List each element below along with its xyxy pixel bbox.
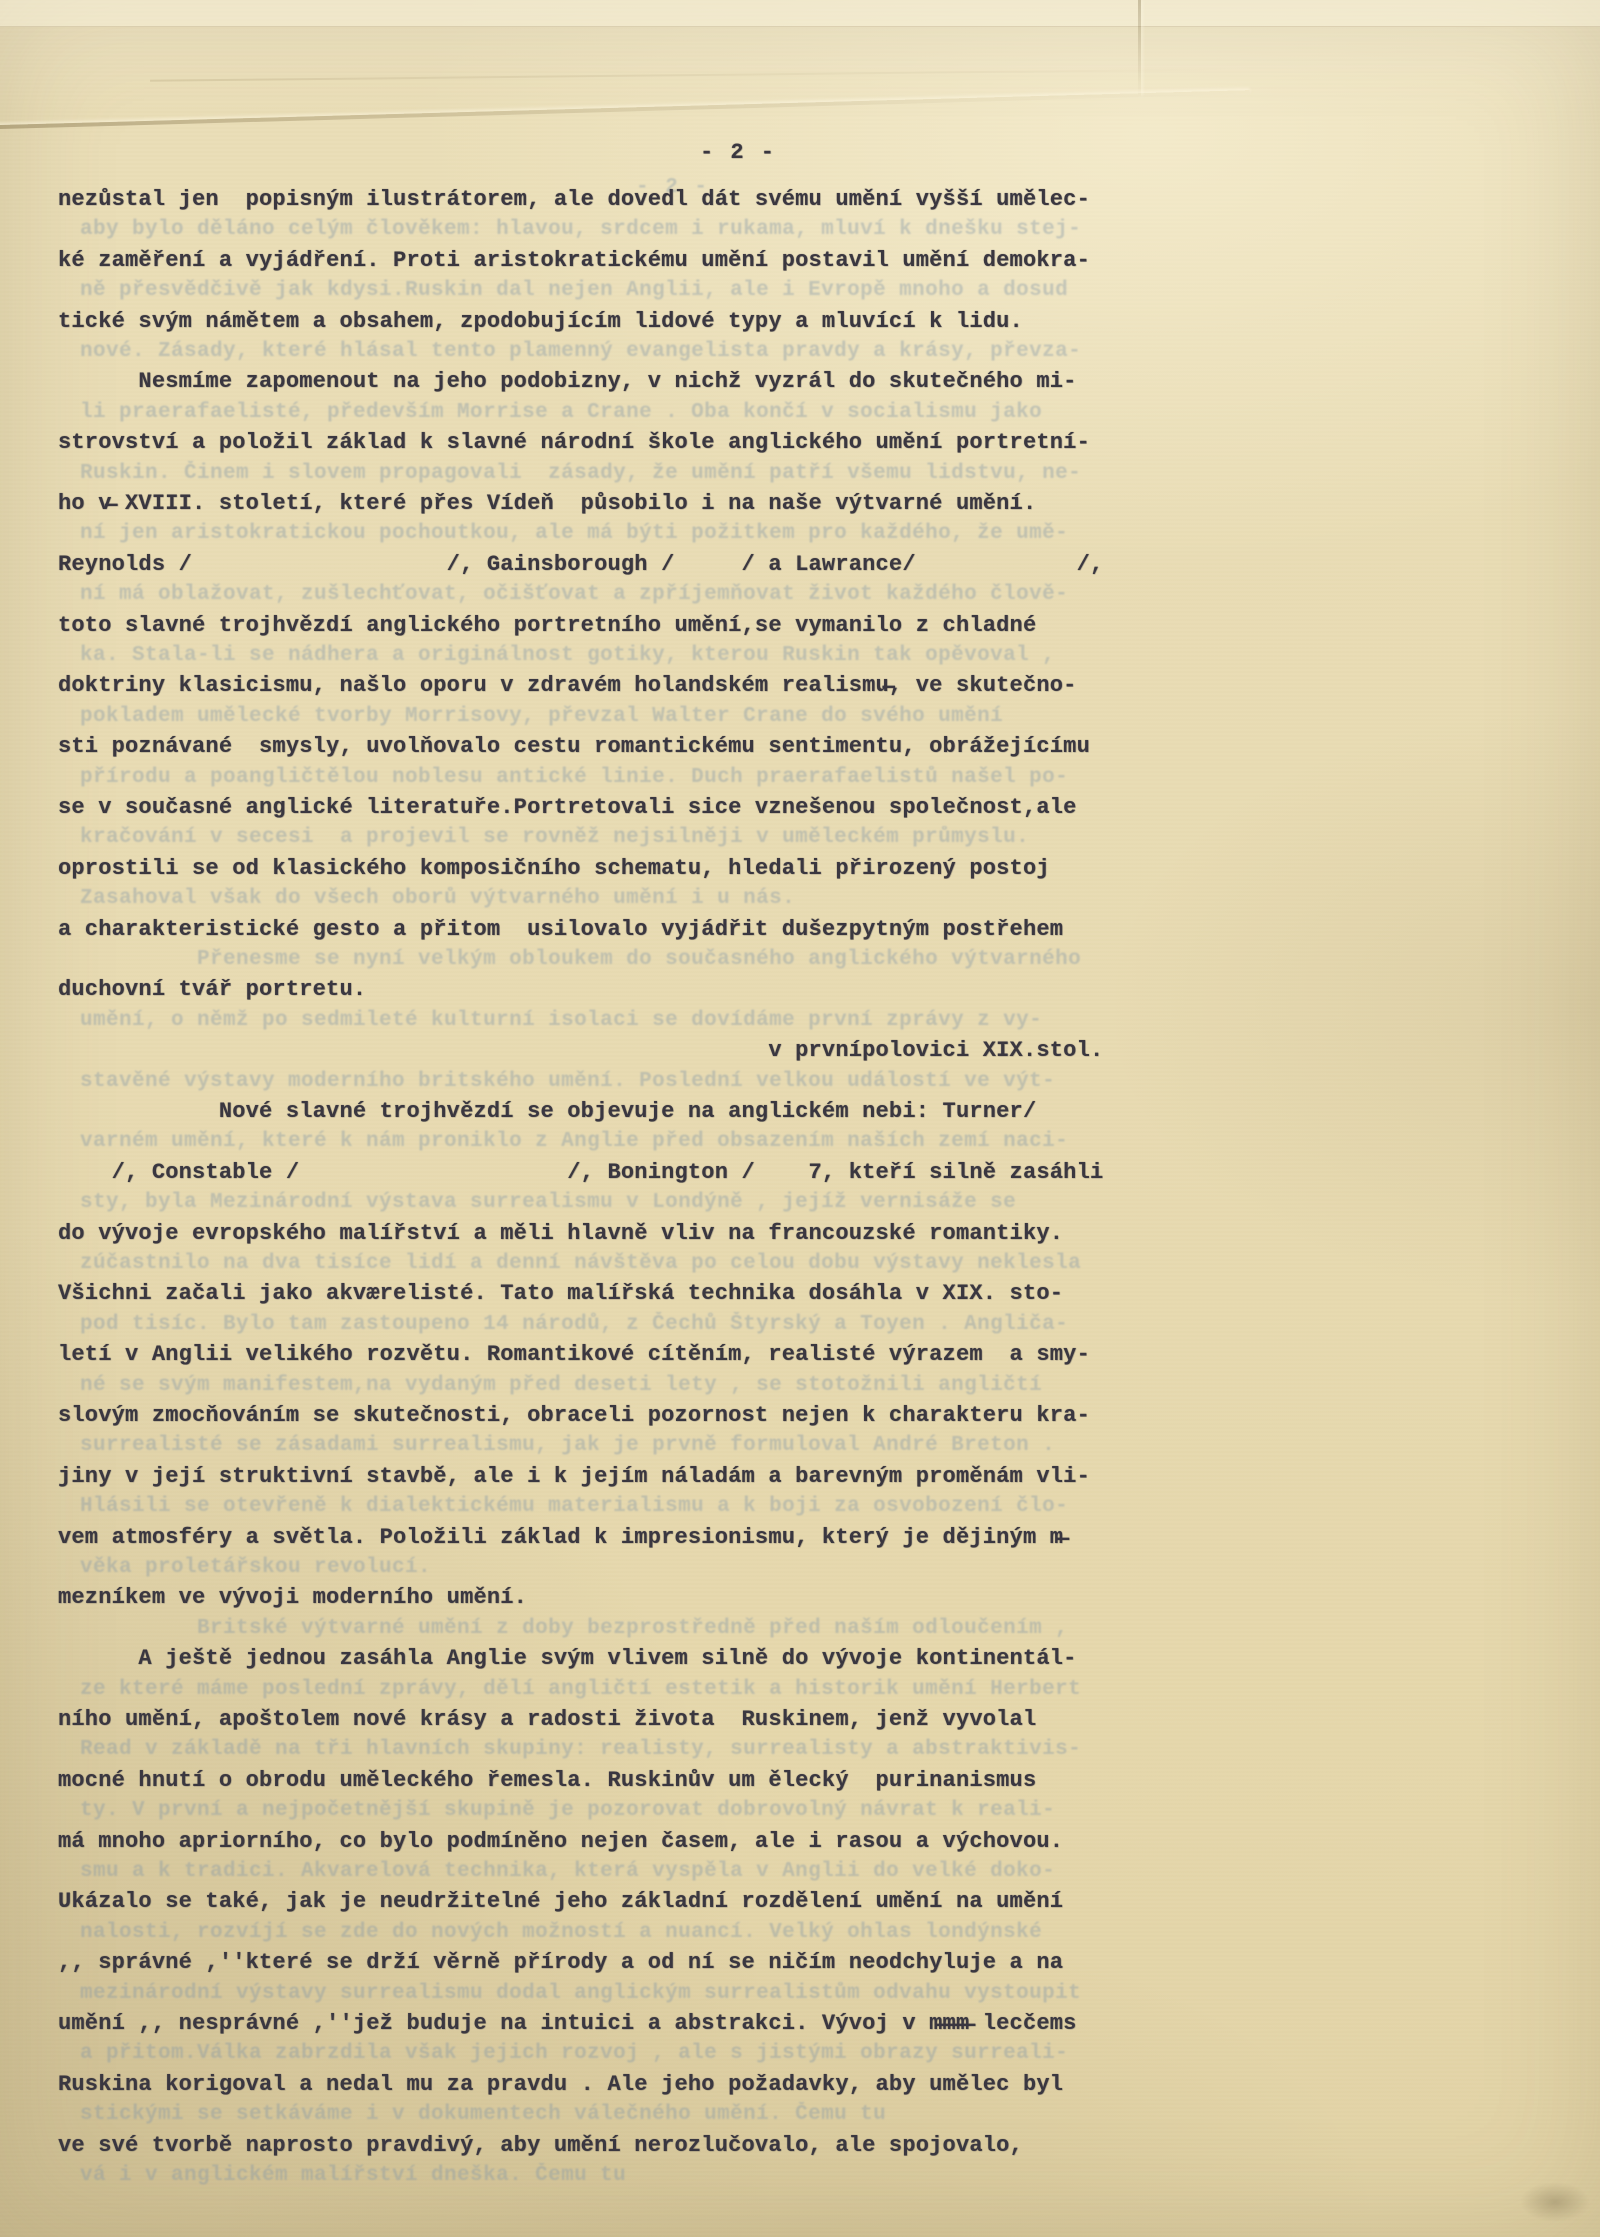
bleedthrough-line: umění, o němž po sedmileté kulturní isol… [80, 1007, 1042, 1035]
typed-line: jiny v její struktivní stavbě, ale i k j… [58, 1463, 1090, 1491]
typed-line: do vývoje evropského malířství a měli hl… [58, 1220, 1063, 1248]
bleedthrough-line: pod tisíc. Bylo tam zastoupeno 14 národů… [80, 1311, 1068, 1339]
typed-line: mezníkem ve vývoji moderního umění. [58, 1584, 527, 1612]
typed-line: ké zaměření a vyjádření. Proti aristokra… [58, 247, 1090, 275]
bleedthrough-line: Britské výtvarné umění z doby bezprostře… [80, 1615, 1068, 1643]
bleedthrough-line: Zasahoval však do všech oborů výtvarného… [80, 885, 795, 913]
bleedthrough-line: Ruskin. Činem i slovem propagovali zásad… [80, 460, 1081, 488]
typed-line: Všichni začali jako akværelisté. Tato ma… [58, 1280, 1063, 1308]
bleedthrough-line: přírodu a poangličtělou noblesu antické … [80, 764, 1068, 792]
bleedthrough-line: sty, byla Mezinárodní výstava surrealism… [80, 1189, 1016, 1217]
bleedthrough-line: zúčastnilo na dva tisíce lidí a denní ná… [80, 1250, 1081, 1278]
bleedthrough-line: ka. Stala-li se nádhera a originálnost g… [80, 642, 1055, 670]
typed-line: v prvnípolovici XIX.stol. [58, 1037, 1103, 1065]
bleedthrough-line: ně přesvědčivě jak kdysi.Ruskin dal neje… [80, 277, 1068, 305]
typed-line: Nové slavné trojhvězdí se objevuje na an… [58, 1098, 1036, 1126]
typed-line: ,, správné ,''které se drží věrně přírod… [58, 1949, 1063, 1977]
bleedthrough-line: kračování v secesi a projevil se rovněž … [80, 824, 1029, 852]
typed-line: tické svým námětem a obsahem, zpodobujíc… [58, 308, 1023, 336]
typed-line: duchovní tvář portretu. [58, 976, 366, 1004]
bleedthrough-line: Hlásili se otevřeně k dialektickému mate… [80, 1493, 1068, 1521]
typed-line: oprostili se od klasického komposičního … [58, 855, 1050, 883]
typed-line: umění ,, nesprávné ,''jež buduje na intu… [58, 2010, 1077, 2038]
bleedthrough-line: stavěné výstavy moderního britského uměn… [80, 1068, 1055, 1096]
bleedthrough-line: smu a k tradici. Akvarelová technika, kt… [80, 1858, 1055, 1886]
typed-line: doktriny klasicismu, našlo oporu v zdrav… [58, 672, 1077, 700]
typed-line: sti poznávané smysly, uvolňovalo cestu r… [58, 733, 1090, 761]
typed-line: má mnoho apriorního, co bylo podmíněno n… [58, 1828, 1063, 1856]
typed-line: ního umění, apoštolem nové krásy a rados… [58, 1706, 1036, 1734]
bleedthrough-line: ní jen aristokratickou pochoutkou, ale m… [80, 520, 1068, 548]
bleedthrough-line: mezinárodní výstavy surrealismu dodal an… [80, 1980, 1081, 2008]
bleedthrough-line: li praerafaelisté, především Morrise a C… [80, 399, 1042, 427]
typed-line: Ukázalo se také, jak je neudržitelné jeh… [58, 1888, 1063, 1916]
bleedthrough-line: nalosti, rozvíjí se zde do nových možnos… [80, 1919, 1042, 1947]
bleedthrough-line: nové. Zásady, které hlásal tento plamenn… [80, 338, 1081, 366]
typed-line: strovství a položil základ k slavné náro… [58, 429, 1090, 457]
bleedthrough-line: vá i v anglickém malířství dneška. Čemu … [80, 2162, 626, 2190]
typed-line: se v současné anglické literatuře.Portre… [58, 794, 1077, 822]
typed-line: vem atmosféry a světla. Položili základ … [58, 1524, 1063, 1552]
typed-line: nezůstal jen popisným ilustrátorem, ale … [58, 186, 1090, 214]
typed-line: letí v Anglii velikého rozvětu. Romantik… [58, 1341, 1090, 1369]
typed-line: toto slavné trojhvězdí anglického portre… [58, 612, 1036, 640]
bleedthrough-line: varném umění, které k nám proniklo z Ang… [80, 1128, 1068, 1156]
bleedthrough-line: stickými se setkáváme i v dokumentech vá… [80, 2101, 886, 2129]
bleedthrough-line: aby bylo děláno celým člověkem: hlavou, … [80, 216, 1081, 244]
bleedthrough-line: pokladem umělecké tvorby Morrisovy, přev… [80, 703, 1003, 731]
typed-line: A ještě jednou zasáhla Anglie svým vlive… [58, 1645, 1077, 1673]
typed-line: ve své tvorbě naprosto pravdivý, aby umě… [58, 2132, 1023, 2160]
typed-line: Ruskina korigoval a nedal mu za pravdu .… [58, 2071, 1063, 2099]
typed-line: slovým zmocňováním se skutečnosti, obrac… [58, 1402, 1090, 1430]
typed-line: /, Constable / /, Bonington / 7, kteří s… [58, 1159, 1103, 1187]
typed-line: mocné hnutí o obrodu uměleckého řemesla.… [58, 1767, 1036, 1795]
bleedthrough-line: surrealisté se zásadami surrealismu, jak… [80, 1432, 1055, 1460]
bleedthrough-line: né se svým manifestem,na vydaným před de… [80, 1372, 1042, 1400]
bleedthrough-line: Přenesme se nyní velkým obloukem do souč… [80, 946, 1081, 974]
bleedthrough-line: a přitom.Válka zabrzdila však jejich roz… [80, 2040, 1068, 2068]
typed-line: Reynolds / /, Gainsborough / / a Lawranc… [58, 551, 1103, 579]
bleedthrough-line: ze které máme poslední zprávy, dělí angl… [80, 1676, 1081, 1704]
bleedthrough-line: Read v základě na tři hlavních skupiny: … [80, 1736, 1081, 1764]
typed-line: a charakteristické gesto a přitom usilov… [58, 916, 1063, 944]
text-layer: nezůstal jen popisným ilustrátorem, ale … [0, 0, 1600, 2237]
manuscript-page: - 2 - - 2 - nezůstal jen popisným ilustr… [0, 0, 1600, 2237]
typed-line: Nesmíme zapomenout na jeho podobizny, v … [58, 368, 1077, 396]
bleedthrough-line: ní má oblažovat, zušlechťovat, očišťovat… [80, 581, 1068, 609]
bleedthrough-line: ty. V první a nejpočetnější skupině je p… [80, 1797, 1055, 1825]
bleedthrough-line: věka proletářskou revolucí. [80, 1554, 431, 1582]
typed-line: ho v̶ XVIII. století, které přes Vídeň p… [58, 490, 1036, 518]
